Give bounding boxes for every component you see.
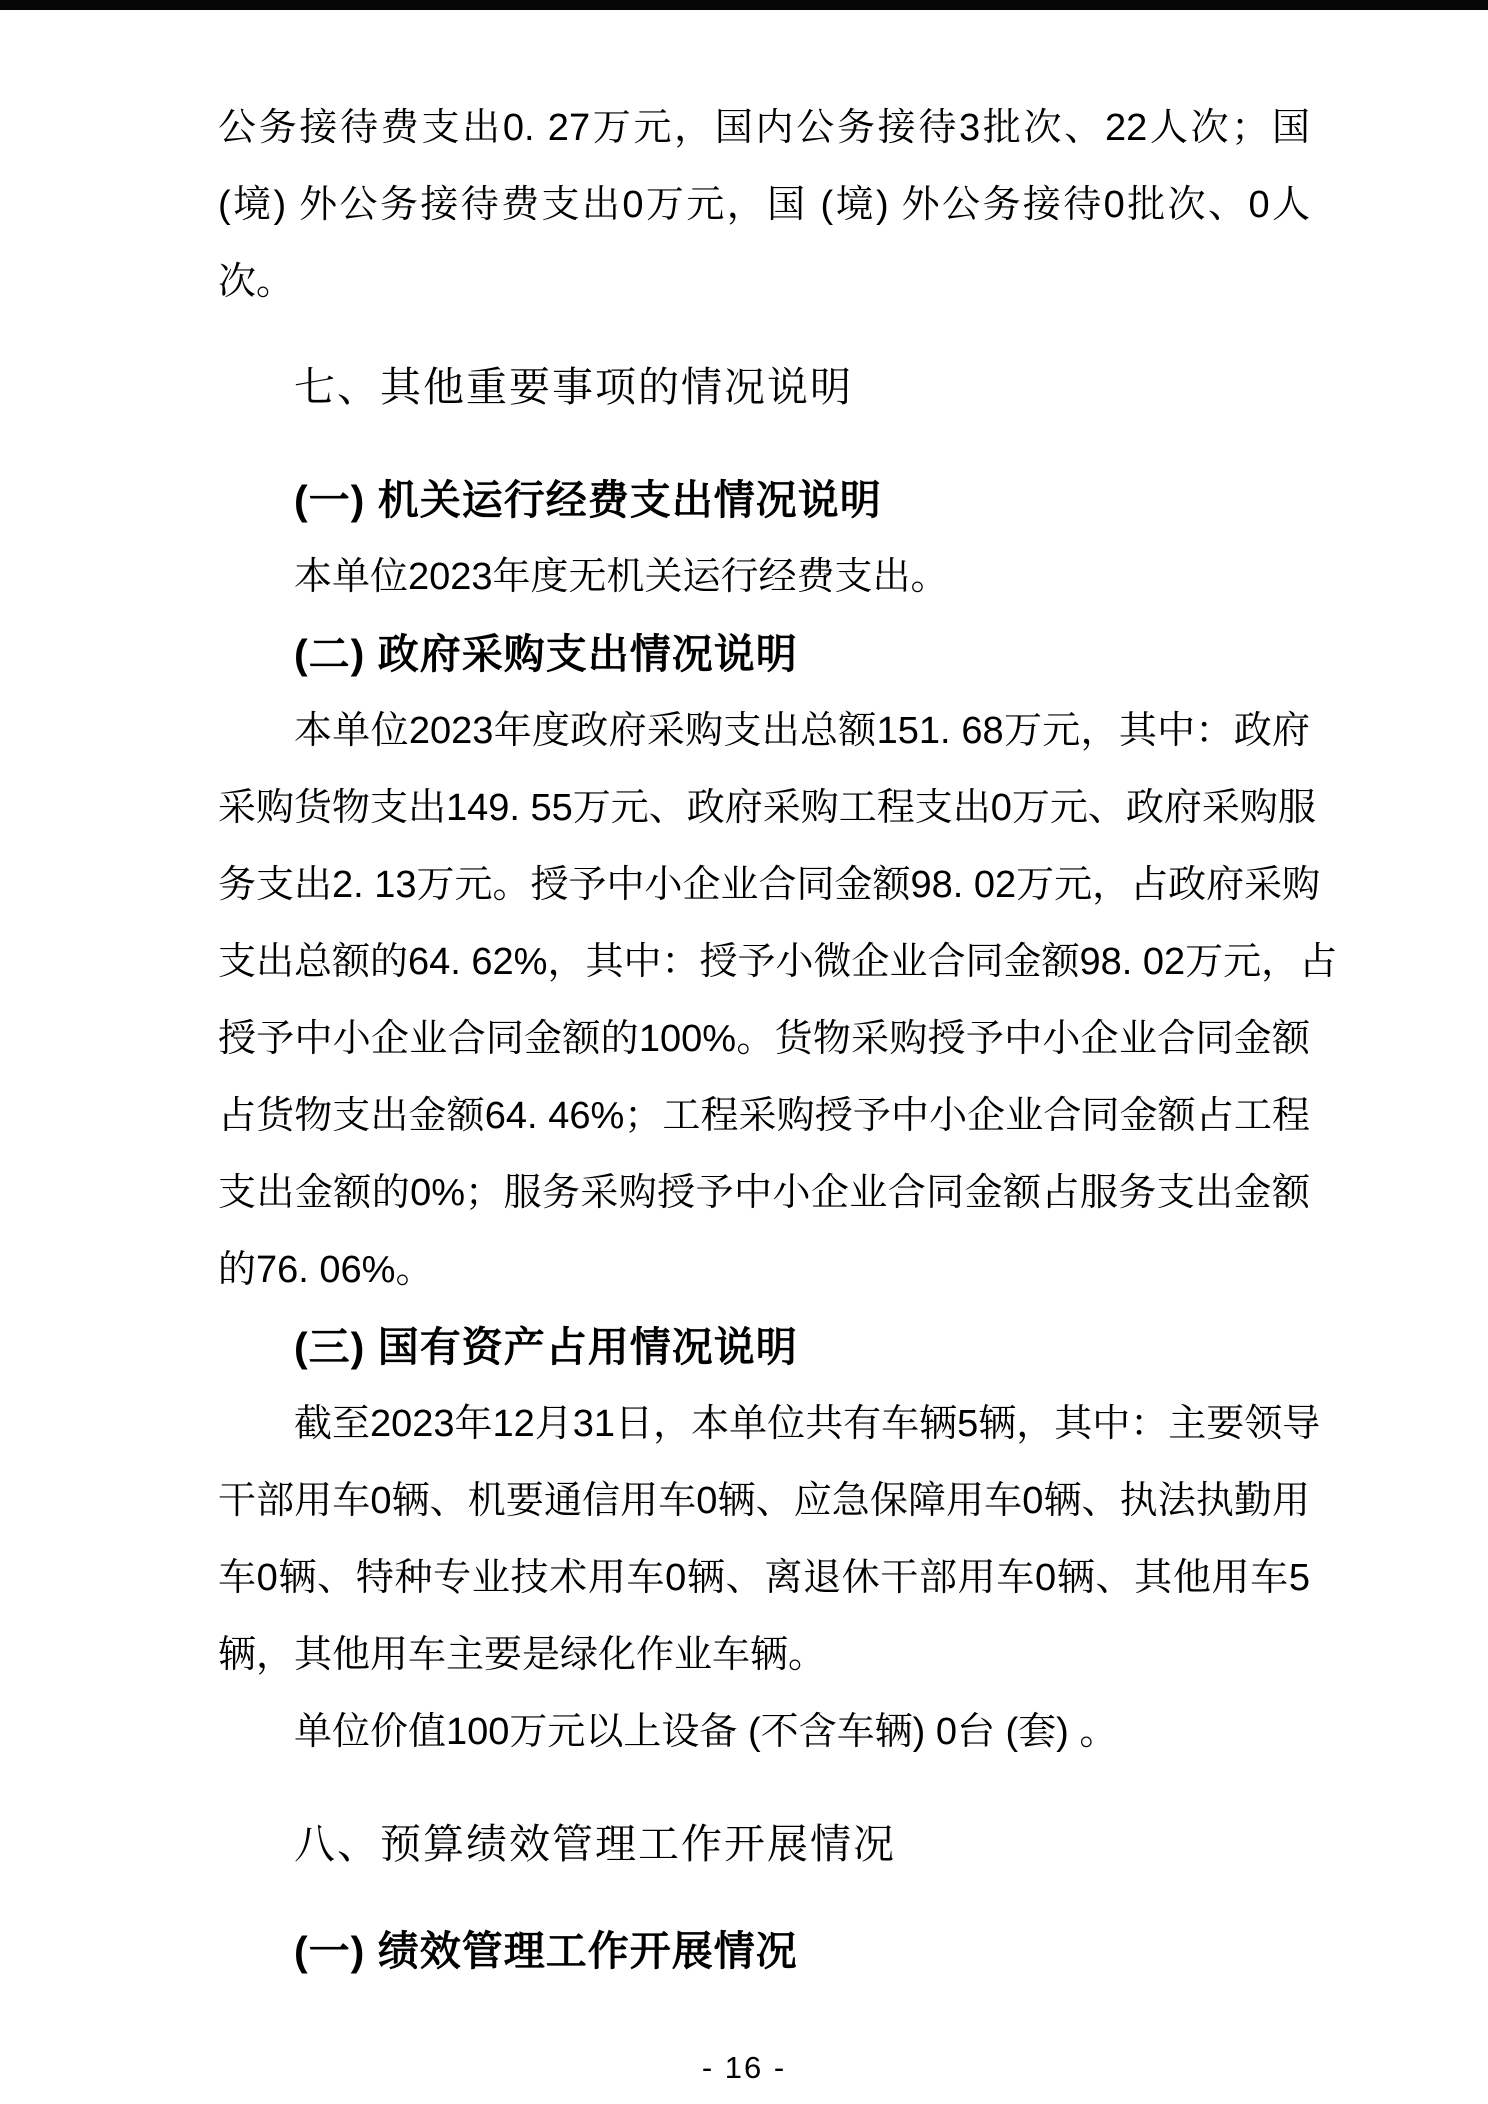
section-7-heading: 七、其他重要事项的情况说明 [218, 349, 1310, 426]
procurement-line-4: 支出总额的64. 62%，其中：授予小微企业合同金额98. 02万元，占 [218, 924, 1310, 1001]
reception-line-3: 次。 [218, 244, 1310, 321]
reception-line-1: 公务接待费支出0. 27万元，国内公务接待3批次、22人次；国 [218, 90, 1310, 167]
state-assets-line-4: 辆，其他用车主要是绿化作业车辆。 [218, 1617, 1310, 1694]
sub-heading-state-assets: (三) 国有资产占用情况说明 [218, 1309, 1310, 1386]
reception-line-2: (境) 外公务接待费支出0万元，国 (境) 外公务接待0批次、0人 [218, 167, 1310, 244]
procurement-line-3: 务支出2. 13万元。授予中小企业合同金额98. 02万元，占政府采购 [218, 847, 1310, 924]
procurement-line-1: 本单位2023年度政府采购支出总额151. 68万元，其中：政府 [218, 693, 1310, 770]
page-content: 公务接待费支出0. 27万元，国内公务接待3批次、22人次；国 (境) 外公务接… [0, 10, 1488, 1990]
procurement-line-5: 授予中小企业合同金额的100%。货物采购授予中小企业合同金额 [218, 1001, 1310, 1078]
sub-heading-performance: (一) 绩效管理工作开展情况 [218, 1913, 1310, 1990]
procurement-line-2: 采购货物支出149. 55万元、政府采购工程支出0万元、政府采购服 [218, 770, 1310, 847]
state-assets-line-3: 车0辆、特种专业技术用车0辆、离退休干部用车0辆、其他用车5 [218, 1540, 1310, 1617]
procurement-line-8: 的76. 06%。 [218, 1232, 1310, 1309]
equipment-text: 单位价值100万元以上设备 (不含车辆) 0台 (套) 。 [218, 1694, 1310, 1771]
state-assets-line-2: 干部用车0辆、机要通信用车0辆、应急保障用车0辆、执法执勤用 [218, 1463, 1310, 1540]
section-8-heading: 八、预算绩效管理工作开展情况 [218, 1806, 1310, 1883]
state-assets-line-1: 截至2023年12月31日，本单位共有车辆5辆，其中：主要领导 [218, 1386, 1310, 1463]
document-page: 公务接待费支出0. 27万元，国内公务接待3批次、22人次；国 (境) 外公务接… [0, 0, 1488, 2104]
scan-top-border [0, 0, 1488, 10]
procurement-line-7: 支出金额的0%；服务采购授予中小企业合同金额占服务支出金额 [218, 1155, 1310, 1232]
page-number: - 16 - [0, 2050, 1488, 2086]
sub-heading-operating-expense: (一) 机关运行经费支出情况说明 [218, 462, 1310, 539]
procurement-line-6: 占货物支出金额64. 46%；工程采购授予中小企业合同金额占工程 [218, 1078, 1310, 1155]
operating-expense-text: 本单位2023年度无机关运行经费支出。 [218, 539, 1310, 616]
sub-heading-procurement: (二) 政府采购支出情况说明 [218, 616, 1310, 693]
